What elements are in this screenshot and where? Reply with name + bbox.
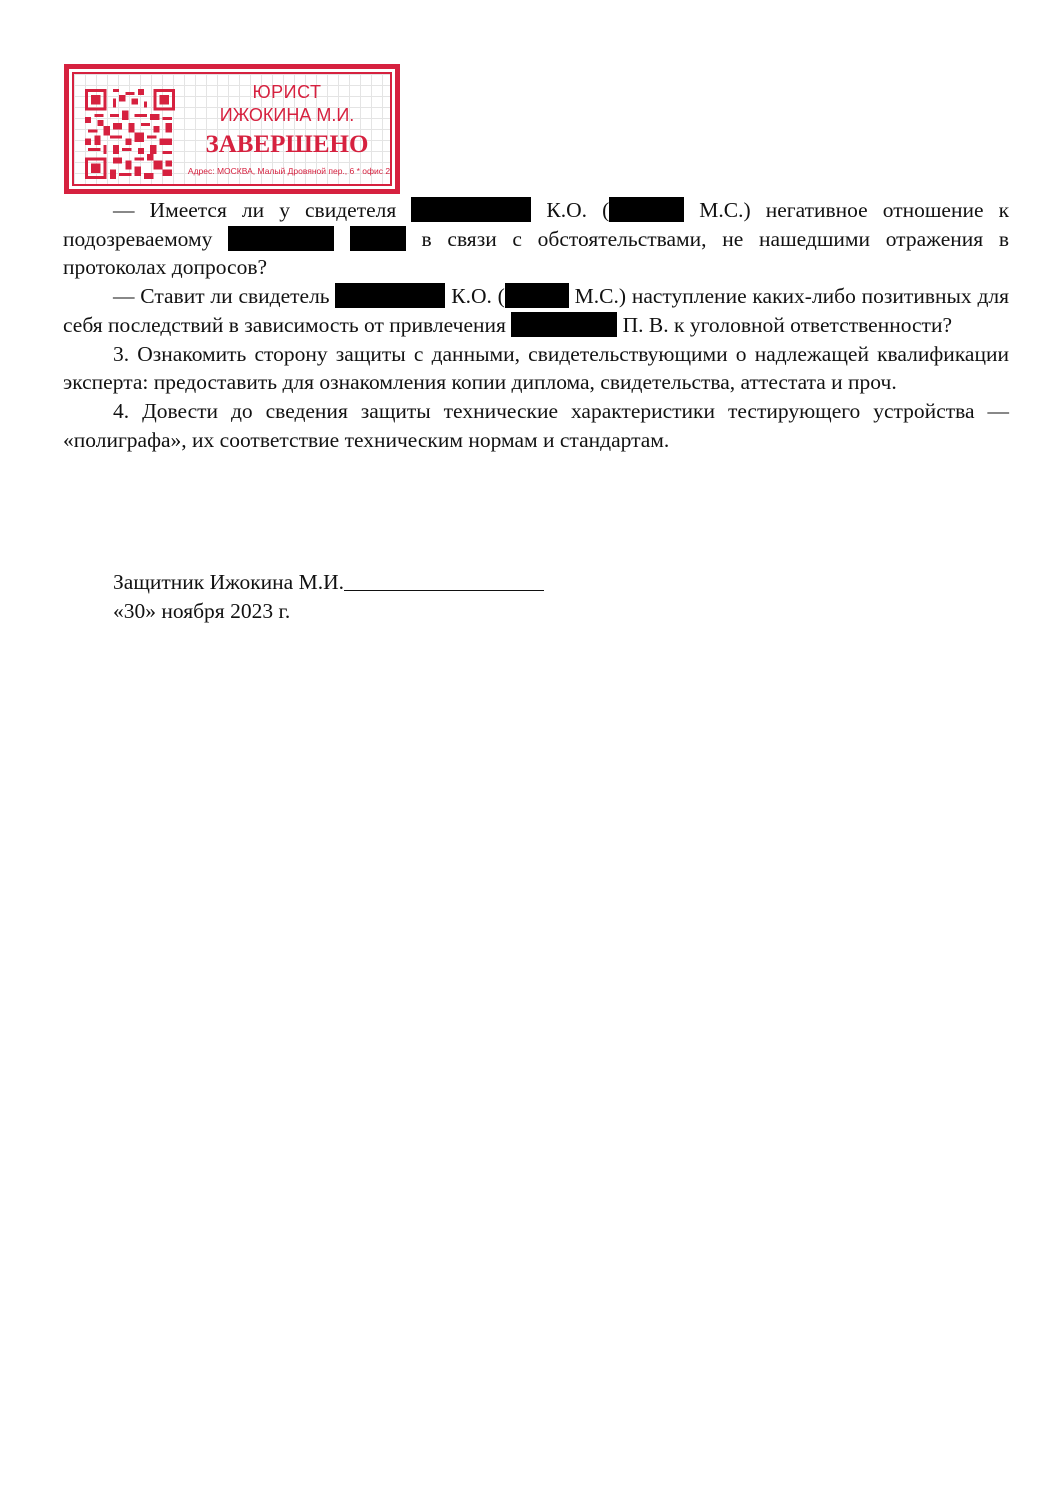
q2-text-d: П. В. к уголовной ответственности? <box>623 313 952 337</box>
q2-text-a: — Ставит ли свидетель <box>113 284 330 308</box>
redacted-surname <box>411 197 531 222</box>
q1-text-a: — Имеется ли у свидетеля <box>113 198 396 222</box>
signature-field <box>344 570 544 591</box>
q2-text-b: К.О. ( <box>451 284 505 308</box>
item-3: 3. Ознакомить сторону защиты с данными, … <box>63 340 1009 397</box>
signature-label: Защитник Ижокина М.И. <box>113 570 344 594</box>
stamp-name: ИЖОКИНА М.И. <box>182 105 392 126</box>
qr-code-icon <box>85 88 175 180</box>
redacted-surname <box>335 283 445 308</box>
stamp-role: ЮРИСТ <box>182 82 392 103</box>
redacted-surname <box>609 197 684 222</box>
question-2: — Ставит ли свидетель К.О. ( М.С.) насту… <box>63 282 1009 339</box>
q1-text-b: К.О. ( <box>546 198 609 222</box>
signature-line: Защитник Ижокина М.И. <box>113 568 544 597</box>
redacted-surname <box>505 283 569 308</box>
stamp-address: Адрес: МОСКВА, Малый Дровяной пер., 6 * … <box>174 166 404 176</box>
signature-block: Защитник Ижокина М.И. «30» ноября 2023 г… <box>113 568 544 626</box>
stamp-status: ЗАВЕРШЕНО <box>182 131 392 159</box>
item-4: 4. Довести до сведения защиты технически… <box>63 397 1009 454</box>
redacted-initials <box>350 226 406 251</box>
redacted-surname <box>228 226 334 251</box>
document-body: — Имеется ли у свидетеля К.О. ( М.С.) не… <box>63 196 1009 454</box>
completion-stamp: ЮРИСТ ИЖОКИНА М.И. ЗАВЕРШЕНО Адрес: МОСК… <box>64 64 400 194</box>
stamp-grid: ЮРИСТ ИЖОКИНА М.И. ЗАВЕРШЕНО Адрес: МОСК… <box>72 72 392 186</box>
redacted-surname <box>511 312 617 337</box>
signature-date: «30» ноября 2023 г. <box>113 597 544 626</box>
question-1: — Имеется ли у свидетеля К.О. ( М.С.) не… <box>63 196 1009 282</box>
